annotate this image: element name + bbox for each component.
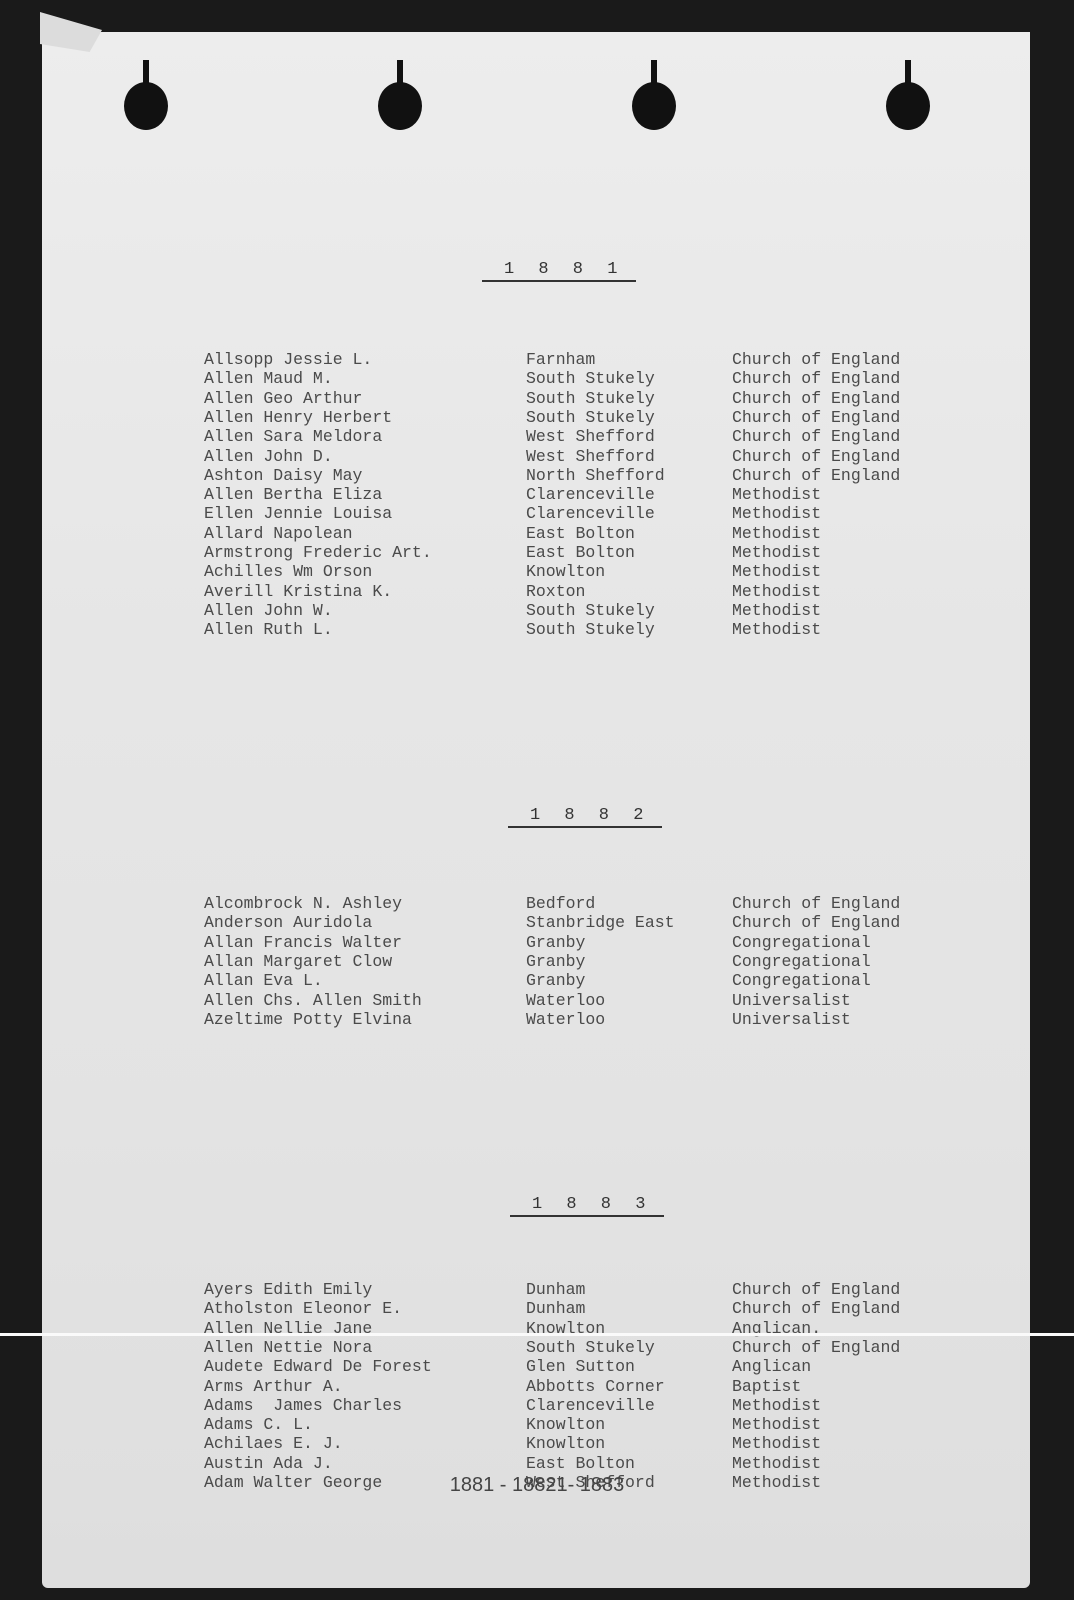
record-church: Church of England xyxy=(732,369,900,388)
record-place: Granby xyxy=(526,933,585,952)
record-row: Ellen Jennie LouisaClarencevilleMethodis… xyxy=(42,504,1030,523)
record-name: Allen Maud M. xyxy=(204,369,333,388)
record-row: Allen Nettie NoraSouth StukelyChurch of … xyxy=(42,1338,1030,1357)
record-name: Allard Napolean xyxy=(204,524,353,543)
record-place: Granby xyxy=(526,952,585,971)
record-place: West Shefford xyxy=(526,447,655,466)
record-name: Allen John W. xyxy=(204,601,333,620)
record-church: Methodist xyxy=(732,1434,821,1453)
record-row: Allen John D.West SheffordChurch of Engl… xyxy=(42,447,1030,466)
record-row: Arms Arthur A.Abbotts CornerBaptist xyxy=(42,1377,1030,1396)
record-church: Congregational xyxy=(732,952,871,971)
section-heading-1883: 1 8 8 3 xyxy=(510,1195,664,1217)
record-church: Church of England xyxy=(732,913,900,932)
record-name: Ayers Edith Emily xyxy=(204,1280,372,1299)
record-place: West Shefford xyxy=(526,427,655,446)
record-name: Allan Margaret Clow xyxy=(204,952,392,971)
record-place: East Bolton xyxy=(526,543,635,562)
record-place: Dunham xyxy=(526,1299,585,1318)
punch-hole xyxy=(632,60,676,132)
record-row: Adams C. L.KnowltonMethodist xyxy=(42,1415,1030,1434)
record-church: Methodist xyxy=(732,543,821,562)
record-church: Church of England xyxy=(732,1299,900,1318)
record-row: Allen Ruth L.South StukelyMethodist xyxy=(42,620,1030,639)
punch-hole xyxy=(124,60,168,132)
record-church: Congregational xyxy=(732,971,871,990)
record-place: South Stukely xyxy=(526,369,655,388)
record-row: Allen Henry HerbertSouth StukelyChurch o… xyxy=(42,408,1030,427)
record-place: North Shefford xyxy=(526,466,665,485)
record-name: Alcombrock N. Ashley xyxy=(204,894,402,913)
record-row: Achilles Wm OrsonKnowltonMethodist xyxy=(42,562,1030,581)
record-row: Allen Sara MeldoraWest SheffordChurch of… xyxy=(42,427,1030,446)
record-church: Church of England xyxy=(732,408,900,427)
record-name: Achilles Wm Orson xyxy=(204,562,372,581)
record-church: Baptist xyxy=(732,1377,801,1396)
record-place: Waterloo xyxy=(526,991,605,1010)
page-footer: 1881 - 18821- 1883 xyxy=(0,1474,1074,1497)
record-name: Anderson Auridola xyxy=(204,913,372,932)
record-row: Adams James CharlesClarencevilleMethodis… xyxy=(42,1396,1030,1415)
record-name: Armstrong Frederic Art. xyxy=(204,543,432,562)
record-name: Allan Francis Walter xyxy=(204,933,402,952)
record-name: Adams James Charles xyxy=(204,1396,402,1415)
record-church: Methodist xyxy=(732,1454,821,1473)
record-row: Averill Kristina K.RoxtonMethodist xyxy=(42,582,1030,601)
record-row: Allen Geo ArthurSouth StukelyChurch of E… xyxy=(42,389,1030,408)
record-place: Clarenceville xyxy=(526,504,655,523)
record-row: Alcombrock N. AshleyBedfordChurch of Eng… xyxy=(42,894,1030,913)
record-name: Austin Ada J. xyxy=(204,1454,333,1473)
record-name: Achilaes E. J. xyxy=(204,1434,343,1453)
document-page: 1 8 8 1 Allsopp Jessie L.FarnhamChurch o… xyxy=(42,32,1030,1588)
record-place: Stanbridge East xyxy=(526,913,675,932)
record-name: Allen John D. xyxy=(204,447,333,466)
record-name: Atholston Eleonor E. xyxy=(204,1299,402,1318)
record-place: Roxton xyxy=(526,582,585,601)
record-name: Allen Sara Meldora xyxy=(204,427,382,446)
record-place: Granby xyxy=(526,971,585,990)
scan-artifact-line xyxy=(0,1333,1074,1336)
record-name: Audete Edward De Forest xyxy=(204,1357,432,1376)
record-church: Methodist xyxy=(732,485,821,504)
record-place: Farnham xyxy=(526,350,595,369)
record-place: Clarenceville xyxy=(526,1396,655,1415)
record-church: Universalist xyxy=(732,991,851,1010)
record-row: Allen Chs. Allen SmithWaterlooUniversali… xyxy=(42,991,1030,1010)
record-church: Methodist xyxy=(732,582,821,601)
record-place: Glen Sutton xyxy=(526,1357,635,1376)
record-name: Allsopp Jessie L. xyxy=(204,350,372,369)
record-row: Allan Eva L.GranbyCongregational xyxy=(42,971,1030,990)
record-name: Averill Kristina K. xyxy=(204,582,392,601)
punch-hole xyxy=(886,60,930,132)
record-name: Ellen Jennie Louisa xyxy=(204,504,392,523)
record-place: Knowlton xyxy=(526,1415,605,1434)
record-name: Azeltime Potty Elvina xyxy=(204,1010,412,1029)
punch-hole xyxy=(378,60,422,132)
record-name: Arms Arthur A. xyxy=(204,1377,343,1396)
record-place: Bedford xyxy=(526,894,595,913)
record-church: Methodist xyxy=(732,601,821,620)
record-church: Church of England xyxy=(732,447,900,466)
section-heading-1881: 1 8 8 1 xyxy=(482,260,636,282)
record-name: Ashton Daisy May xyxy=(204,466,362,485)
record-row: Allan Margaret ClowGranbyCongregational xyxy=(42,952,1030,971)
record-place: South Stukely xyxy=(526,620,655,639)
record-row: Allen John W.South StukelyMethodist xyxy=(42,601,1030,620)
record-row: Achilaes E. J.KnowltonMethodist xyxy=(42,1434,1030,1453)
record-row: Azeltime Potty ElvinaWaterlooUniversalis… xyxy=(42,1010,1030,1029)
record-row: Allard NapoleanEast BoltonMethodist xyxy=(42,524,1030,543)
record-name: Allen Bertha Eliza xyxy=(204,485,382,504)
record-place: South Stukely xyxy=(526,389,655,408)
record-row: Allen Bertha ElizaClarencevilleMethodist xyxy=(42,485,1030,504)
record-church: Congregational xyxy=(732,933,871,952)
record-row: Allsopp Jessie L.FarnhamChurch of Englan… xyxy=(42,350,1030,369)
record-place: Dunham xyxy=(526,1280,585,1299)
record-row: Ayers Edith EmilyDunhamChurch of England xyxy=(42,1280,1030,1299)
record-church: Methodist xyxy=(732,1396,821,1415)
record-name: Adams C. L. xyxy=(204,1415,313,1434)
record-name: Allan Eva L. xyxy=(204,971,323,990)
record-place: Knowlton xyxy=(526,562,605,581)
record-church: Methodist xyxy=(732,562,821,581)
record-place: Waterloo xyxy=(526,1010,605,1029)
record-place: East Bolton xyxy=(526,524,635,543)
record-place: Knowlton xyxy=(526,1434,605,1453)
record-place: Clarenceville xyxy=(526,485,655,504)
record-place: South Stukely xyxy=(526,1338,655,1357)
record-name: Allen Chs. Allen Smith xyxy=(204,991,422,1010)
record-church: Methodist xyxy=(732,524,821,543)
record-church: Church of England xyxy=(732,389,900,408)
record-place: Abbotts Corner xyxy=(526,1377,665,1396)
record-church: Methodist xyxy=(732,1415,821,1434)
record-name: Allen Ruth L. xyxy=(204,620,333,639)
record-church: Church of England xyxy=(732,350,900,369)
record-church: Church of England xyxy=(732,1338,900,1357)
record-church: Church of England xyxy=(732,894,900,913)
record-row: Allen Maud M.South StukelyChurch of Engl… xyxy=(42,369,1030,388)
record-place: South Stukely xyxy=(526,408,655,427)
record-row: Audete Edward De ForestGlen SuttonAnglic… xyxy=(42,1357,1030,1376)
record-name: Allen Henry Herbert xyxy=(204,408,392,427)
record-church: Methodist xyxy=(732,504,821,523)
section-heading-1882: 1 8 8 2 xyxy=(508,806,662,828)
record-church: Anglican xyxy=(732,1357,811,1376)
record-church: Church of England xyxy=(732,466,900,485)
record-church: Universalist xyxy=(732,1010,851,1029)
record-name: Allen Geo Arthur xyxy=(204,389,362,408)
record-row: Ashton Daisy MayNorth SheffordChurch of … xyxy=(42,466,1030,485)
record-row: Atholston Eleonor E.DunhamChurch of Engl… xyxy=(42,1299,1030,1318)
record-name: Allen Nettie Nora xyxy=(204,1338,372,1357)
record-church: Church of England xyxy=(732,427,900,446)
record-church: Methodist xyxy=(732,620,821,639)
record-church: Church of England xyxy=(732,1280,900,1299)
record-place: East Bolton xyxy=(526,1454,635,1473)
record-row: Anderson AuridolaStanbridge EastChurch o… xyxy=(42,913,1030,932)
record-row: Armstrong Frederic Art.East BoltonMethod… xyxy=(42,543,1030,562)
record-row: Allan Francis WalterGranbyCongregational xyxy=(42,933,1030,952)
record-row: Austin Ada J.East BoltonMethodist xyxy=(42,1454,1030,1473)
record-place: South Stukely xyxy=(526,601,655,620)
